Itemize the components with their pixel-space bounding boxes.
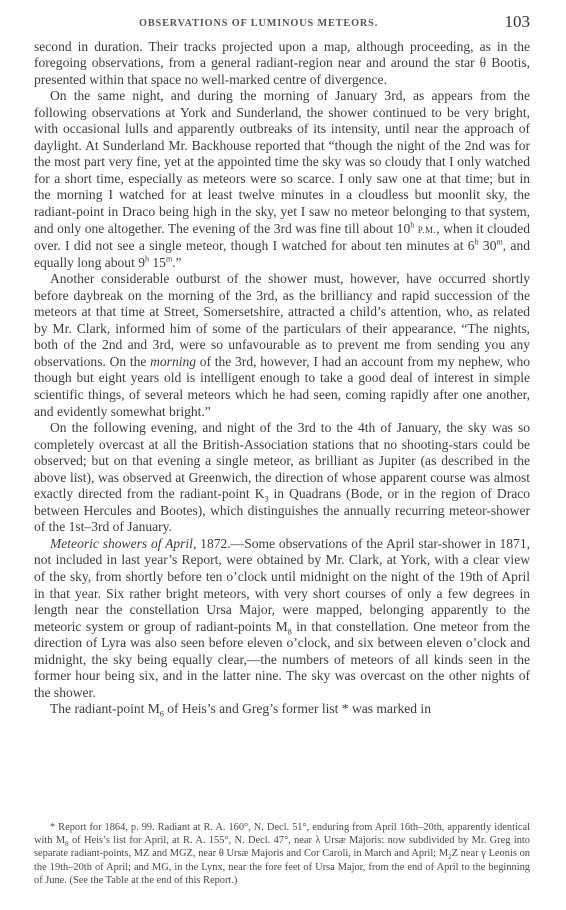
text: 15: [149, 255, 166, 270]
paragraph-following-evening: On the following evening, and night of t…: [34, 420, 530, 536]
page-header: OBSERVATIONS OF LUMINOUS METEORS. 103: [34, 12, 530, 32]
paragraph-january-3rd: On the same night, and during the mornin…: [34, 88, 530, 271]
paragraph-radiant-point: The radiant-point M6 of Heis’s and Greg’…: [34, 701, 530, 718]
text: of Heis’s and Greg’s former list * was m…: [164, 701, 431, 716]
running-title: OBSERVATIONS OF LUMINOUS METEORS.: [139, 18, 378, 29]
text: .”: [172, 255, 181, 270]
text: second in duration. Their tracks project…: [34, 39, 530, 87]
text: On the same night, and during the mornin…: [34, 88, 530, 235]
superscript: h: [410, 220, 414, 229]
section-heading-italic: Meteoric showers of April,: [50, 536, 196, 551]
paragraph-continuation: second in duration. Their tracks project…: [34, 39, 530, 89]
italic-text: morning: [150, 354, 196, 369]
text: The radiant-point M: [50, 701, 160, 716]
main-body-text: second in duration. Their tracks project…: [34, 39, 530, 718]
footnote: * Report for 1864, p. 99. Radiant at R. …: [34, 821, 530, 887]
text: 30: [479, 238, 497, 253]
page-number: 103: [505, 12, 531, 32]
paragraph-april-showers: Meteoric showers of April, 1872.—Some ob…: [34, 536, 530, 701]
text: P.M.: [418, 225, 437, 235]
footnote-text: * Report for 1864, p. 99. Radiant at R. …: [34, 821, 530, 887]
paragraph-outburst: Another considerable outburst of the sho…: [34, 271, 530, 420]
